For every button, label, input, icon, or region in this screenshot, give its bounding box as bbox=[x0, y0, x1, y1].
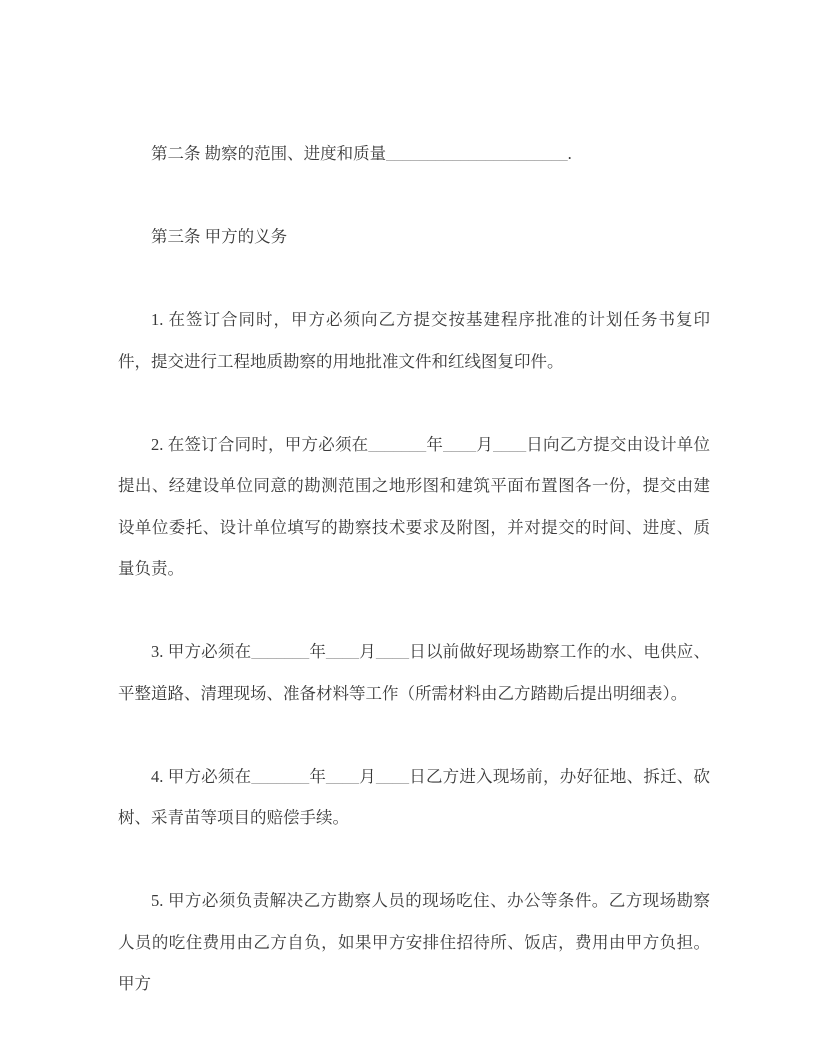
clause-3-item-5: 5. 甲方必须负责解决乙方勘察人员的现场吃住、办公等条件。乙方现场勘察人员的吃住… bbox=[118, 880, 710, 1005]
clause-3-item-2: 2. 在签订合同时，甲方必须在_______年____月____日向乙方提交由设… bbox=[118, 424, 710, 590]
clause-2-text: 第二条 勘察的范围、进度和质量 bbox=[151, 144, 386, 163]
item-4-month-label: 月 bbox=[359, 767, 376, 786]
item-2-day-blank-field: ____ bbox=[493, 435, 526, 454]
item-4-year-label: 年 bbox=[309, 767, 326, 786]
item-3-month-label: 月 bbox=[359, 642, 376, 661]
clause-2-period: . bbox=[568, 144, 572, 163]
item-4-lead: 4. 甲方必须在 bbox=[151, 767, 251, 786]
item-2-month-blank-field: ____ bbox=[443, 435, 476, 454]
clause-3-item-3: 3. 甲方必须在_______年____月____日以前做好现场勘察工作的水、电… bbox=[118, 631, 710, 714]
item-3-lead: 3. 甲方必须在 bbox=[151, 642, 251, 661]
clause-3-item-4: 4. 甲方必须在_______年____月____日乙方进入现场前，办好征地、拆… bbox=[118, 756, 710, 839]
item-2-rest: 日向乙方提交由设计单位提出、经建设单位同意的勘测范围之地形图和建筑平面布置图各一… bbox=[118, 435, 710, 579]
contract-document-page: 第二条 勘察的范围、进度和质量______________________. 第… bbox=[0, 0, 816, 1056]
item-4-day-blank-field: ____ bbox=[376, 767, 409, 786]
clause-2-line: 第二条 勘察的范围、进度和质量______________________. bbox=[118, 133, 710, 175]
item-3-year-label: 年 bbox=[309, 642, 326, 661]
item-3-month-blank-field: ____ bbox=[326, 642, 359, 661]
item-2-year-label: 年 bbox=[426, 435, 443, 454]
item-4-month-blank-field: ____ bbox=[326, 767, 359, 786]
clause-3-item-1: 1. 在签订合同时，甲方必须向乙方提交按基建程序批准的计划任务书复印件，提交进行… bbox=[118, 299, 710, 382]
item-4-year-blank-field: _______ bbox=[251, 767, 309, 786]
item-3-day-blank-field: ____ bbox=[376, 642, 409, 661]
clause-2-blank-field: ______________________ bbox=[386, 144, 568, 163]
item-2-month-label: 月 bbox=[476, 435, 493, 454]
item-2-year-blank-field: _______ bbox=[368, 435, 426, 454]
item-3-year-blank-field: _______ bbox=[251, 642, 309, 661]
clause-3-heading: 第三条 甲方的义务 bbox=[118, 216, 710, 258]
item-2-lead: 2. 在签订合同时，甲方必须在 bbox=[151, 435, 368, 454]
